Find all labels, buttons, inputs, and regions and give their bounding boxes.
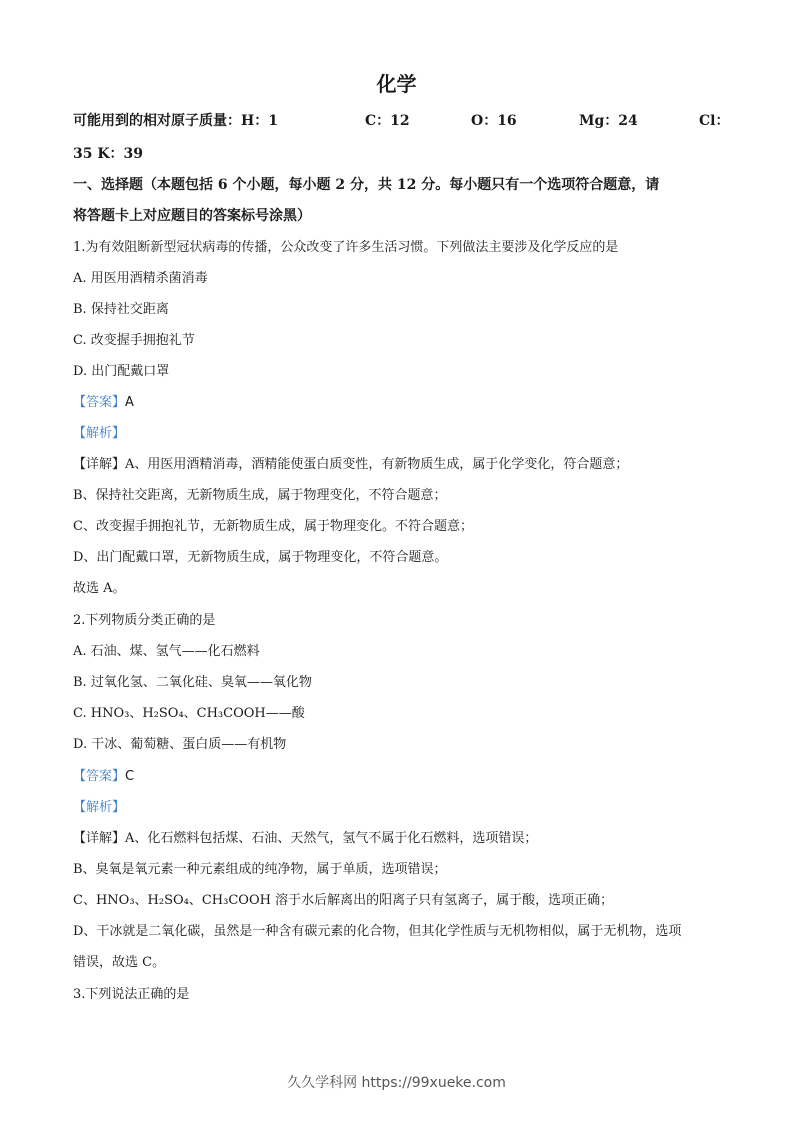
answer-value: A [125,395,134,410]
question-3-stem: 3.下列说法正确的是 [73,983,189,1002]
question-1-detail-0: 【详解】A、用医用酒精消毒，酒精能使蛋白质变性，有新物质生成，属于化学变化，符合… [73,453,628,472]
mass-o: O：16 [471,110,517,130]
question-2-option-d: D. 干冰、葡萄糖、蛋白质——有机物 [73,733,286,752]
question-2-detail-1: B、臭氧是氧元素一种元素组成的纯净物，属于单质，选项错误； [73,858,447,877]
detail-label: 【详解】 [73,457,125,472]
answer-label: 【答案】 [73,395,125,410]
question-1-option-c: C. 改变握手拥抱礼节 [73,329,195,348]
document-page: 化学 可能用到的相对原子质量：H：1 C：12 O：16 Mg：24 Cl： 3… [0,0,793,1122]
question-1-answer: 【答案】A [73,391,134,410]
answer-label: 【答案】 [73,769,125,784]
question-1-detail-3: D、出门配戴口罩，无新物质生成，属于物理变化，不符合题意。 [73,546,447,565]
section-heading-line1: 一、选择题（本题包括 6 个小题，每小题 2 分，共 12 分。每小题只有一个选… [73,174,659,194]
mass-h: H：1 [241,113,278,129]
question-1-option-b: B. 保持社交距离 [73,298,169,317]
atomic-mass-continuation: 35 K：39 [73,143,143,163]
question-1-detail-1: B、保持社交距离，无新物质生成，属于物理变化，不符合题意； [73,484,447,503]
question-1-option-a: A. 用医用酒精杀菌消毒 [73,267,208,286]
question-2-option-a: A. 石油、煤、氢气——化石燃料 [73,640,260,659]
mass-c: C：12 [365,110,410,130]
mass-cl: Cl： [699,110,729,130]
question-2-detail-3: D、干冰就是二氧化碳，虽然是一种含有碳元素的化合物，但其化学性质与无机物相似，属… [73,920,681,939]
question-1-option-d: D. 出门配戴口罩 [73,360,169,379]
answer-value: C [125,769,134,784]
detail-label: 【详解】 [73,831,125,846]
question-1-conclusion: 故选 A。 [73,577,126,596]
mass-mg: Mg：24 [579,110,638,130]
detail-text: A、化石燃料包括煤、石油、天然气，氢气不属于化石燃料，选项错误； [125,831,537,846]
footer-watermark: 久久学科网 https://99xueke.com [0,1072,793,1092]
page-title: 化学 [0,68,793,97]
section-heading-line2: 将答题卡上对应题目的答案标号涂黑） [73,205,311,225]
question-2-analysis-label: 【解析】 [73,796,125,815]
question-2-option-b: B. 过氧化氢、二氧化硅、臭氧——氧化物 [73,671,312,690]
question-2-option-c: C. HNO₃、H₂SO₄、CH₃COOH——酸 [73,702,305,721]
atomic-mass-label: 可能用到的相对原子质量：H：1 [73,110,278,130]
question-2-detail-2: C、HNO₃、H₂SO₄、CH₃COOH 溶于水后解离出的阳离子只有氢离子，属于… [73,889,613,908]
detail-text: A、用医用酒精消毒，酒精能使蛋白质变性，有新物质生成，属于化学变化，符合题意； [125,457,628,472]
question-2-detail-0: 【详解】A、化石燃料包括煤、石油、天然气，氢气不属于化石燃料，选项错误； [73,827,537,846]
question-2-detail-4: 错误，故选 C。 [73,951,165,970]
question-2-answer: 【答案】C [73,765,134,784]
question-1-stem: 1.为有效阻断新型冠状病毒的传播，公众改变了许多生活习惯。下列做法主要涉及化学反… [73,236,618,255]
question-2-stem: 2.下列物质分类正确的是 [73,609,215,628]
atomic-mass-label-text: 可能用到的相对原子质量： [73,113,241,129]
question-1-detail-2: C、改变握手拥抱礼节，无新物质生成，属于物理变化。不符合题意； [73,515,473,534]
question-1-analysis-label: 【解析】 [73,422,125,441]
